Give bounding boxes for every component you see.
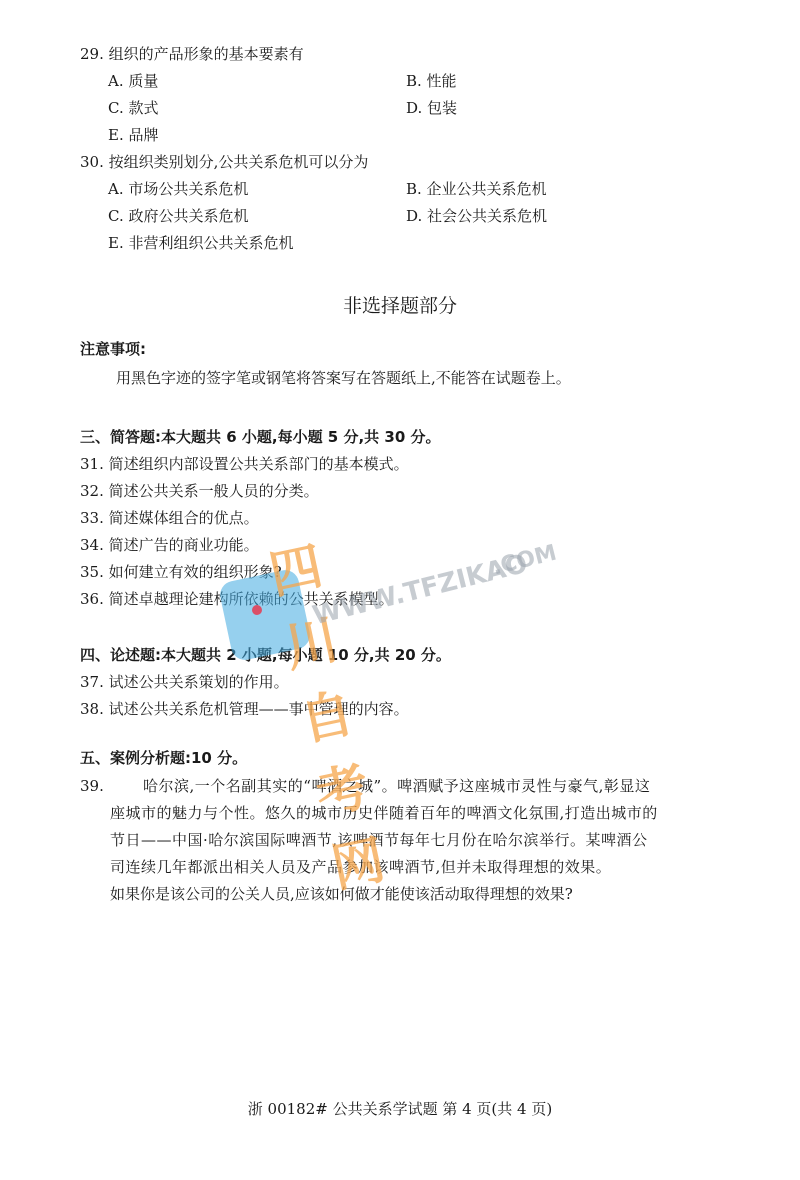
q29-option-a: A. 质量 (108, 71, 158, 91)
q30-option-a: A. 市场公共关系危机 (108, 179, 248, 199)
case-question: 如果你是该公司的公关人员,应该如何做才能使该活动取得理想的效果? (110, 884, 573, 904)
part5-heading: 五、案例分析题:10 分。 (80, 748, 247, 768)
notice-label: 注意事项: (80, 339, 146, 359)
question-39-number: 39. (80, 776, 104, 796)
q30-option-c: C. 政府公共关系危机 (108, 206, 248, 226)
q29-option-d: D. 包装 (406, 98, 457, 118)
page-footer: 浙 00182# 公共关系学试题 第 4 页(共 4 页) (0, 1098, 800, 1119)
question-29-stem: 29. 组织的产品形象的基本要素有 (80, 44, 304, 64)
section-title: 非选择题部分 (0, 291, 800, 318)
q30-option-e: E. 非营利组织公共关系危机 (108, 233, 294, 253)
case-line-3: 节日——中国·哈尔滨国际啤酒节,该啤酒节每年七月份在哈尔滨举行。某啤酒公 (110, 830, 648, 850)
question-30-stem: 30. 按组织类别划分,公共关系危机可以分为 (80, 152, 368, 172)
question-31: 31. 简述组织内部设置公共关系部门的基本模式。 (80, 454, 409, 474)
watermark-com: .COM (490, 540, 559, 580)
part3-heading: 三、简答题:本大题共 6 小题,每小题 5 分,共 30 分。 (80, 427, 440, 447)
notice-text: 用黑色字迹的签字笔或钢笔将答案写在答题纸上,不能答在试题卷上。 (116, 368, 571, 388)
case-line-4: 司连续几年都派出相关人员及产品参加该啤酒节,但并未取得理想的效果。 (110, 857, 611, 877)
case-line-1: 哈尔滨,一个名副其实的“啤酒之城”。啤酒赋予这座城市灵性与豪气,彰显这 (143, 776, 650, 796)
case-line-2: 座城市的魅力与个性。悠久的城市历史伴随着百年的啤酒文化氛围,打造出城市的 (110, 803, 658, 823)
question-32: 32. 简述公共关系一般人员的分类。 (80, 481, 319, 501)
q29-option-b: B. 性能 (406, 71, 457, 91)
q29-option-c: C. 款式 (108, 98, 158, 118)
question-36: 36. 简述卓越理论建构所依赖的公共关系模型。 (80, 589, 394, 609)
q30-option-d: D. 社会公共关系危机 (406, 206, 547, 226)
question-35: 35. 如何建立有效的组织形象? (80, 562, 282, 582)
question-33: 33. 简述媒体组合的优点。 (80, 508, 259, 528)
question-34: 34. 简述广告的商业功能。 (80, 535, 259, 555)
q29-option-e: E. 品牌 (108, 125, 159, 145)
question-38: 38. 试述公共关系危机管理——事中管理的内容。 (80, 699, 409, 719)
part4-heading: 四、论述题:本大题共 2 小题,每小题 10 分,共 20 分。 (80, 645, 451, 665)
question-37: 37. 试述公共关系策划的作用。 (80, 672, 289, 692)
q30-option-b: B. 企业公共关系危机 (406, 179, 547, 199)
